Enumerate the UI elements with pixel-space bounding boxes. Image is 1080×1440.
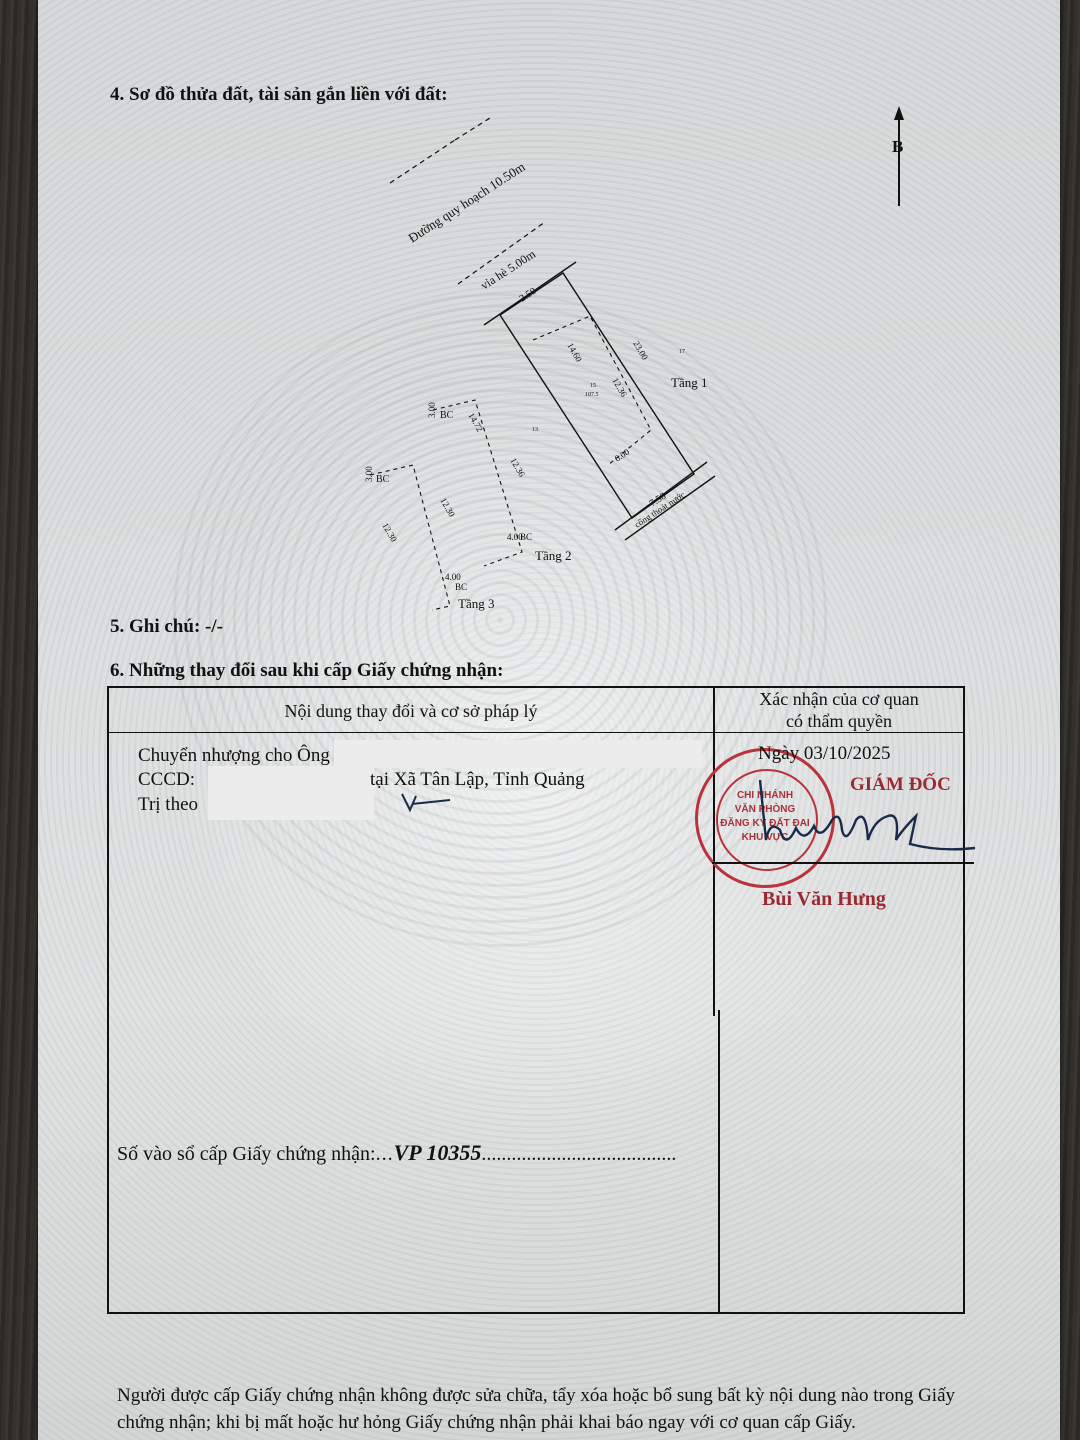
signer-name: Bùi Văn Hưng (762, 888, 886, 911)
svg-text:17: 17 (679, 349, 685, 355)
svg-text:3.00: 3.00 (364, 466, 374, 482)
transfer-line: Chuyển nhượng cho Ông (138, 744, 330, 768)
svg-text:12.36: 12.36 (508, 456, 527, 479)
svg-text:12.36: 12.36 (610, 376, 629, 399)
road-label: Đường quy hoạch 10.50m (405, 159, 527, 246)
sidewalk-label: vỉa hè 5.00m (478, 246, 538, 292)
svg-text:4.00: 4.00 (445, 572, 461, 582)
svg-text:BC: BC (520, 532, 532, 542)
header-authority-line2: có thẩm quyền (715, 710, 963, 732)
registry-label: Số vào sổ cấp Giấy chứng nhận: (117, 1143, 376, 1165)
header-change-content: Nội dung thay đổi và cơ sở pháp lý (109, 700, 713, 722)
svg-text:15: 15 (590, 383, 596, 389)
svg-text:BC: BC (440, 410, 454, 421)
svg-text:6.00: 6.00 (613, 446, 632, 463)
header-authority-line1: Xác nhận của cơ quan (715, 688, 963, 710)
id-line: CCCD: (138, 768, 195, 792)
basis-line: Trị theo (138, 793, 198, 817)
footer-warning: Người được cấp Giấy chứng nhận không đượ… (117, 1382, 997, 1436)
svg-text:107.5: 107.5 (585, 392, 599, 398)
redacted-id (208, 766, 374, 820)
registry-value: VP 10355 (394, 1140, 482, 1165)
column-divider-lower (718, 1010, 720, 1312)
svg-text:14.72: 14.72 (466, 411, 485, 434)
approval-date: Ngày 03/10/2025 (758, 742, 890, 766)
land-plot-diagram: B Đường quy hoạch 10.50m vỉa hè 5.00m 2.… (0, 0, 1080, 640)
registry-number: Số vào sổ cấp Giấy chứng nhận:...VP 1035… (117, 1140, 676, 1166)
svg-text:12.30: 12.30 (438, 496, 457, 519)
north-label: B (892, 137, 903, 156)
svg-text:14.60: 14.60 (565, 341, 584, 364)
svg-text:BC: BC (376, 474, 390, 485)
svg-text:3.00: 3.00 (427, 402, 437, 418)
address-fragment: tại Xã Tân Lập, Tỉnh Quảng (370, 768, 585, 792)
section-5-notes: 5. Ghi chú: -/- (110, 616, 223, 638)
svg-text:23.00: 23.00 (631, 339, 650, 362)
floor-3-label: Tầng 3 (458, 596, 494, 611)
signature-underline (712, 862, 974, 864)
initial-mark (400, 790, 460, 814)
north-arrow-icon: B (892, 106, 904, 206)
svg-text:13: 13 (532, 427, 538, 433)
floor-1-label: Tầng 1 (671, 375, 707, 390)
section-6-title: 6. Những thay đổi sau khi cấp Giấy chứng… (110, 660, 503, 682)
floor-2-label: Tầng 2 (535, 548, 571, 563)
svg-text:BC: BC (455, 582, 467, 592)
redacted-name (334, 740, 702, 768)
svg-text:12.30: 12.30 (380, 521, 399, 544)
signature (750, 780, 980, 870)
